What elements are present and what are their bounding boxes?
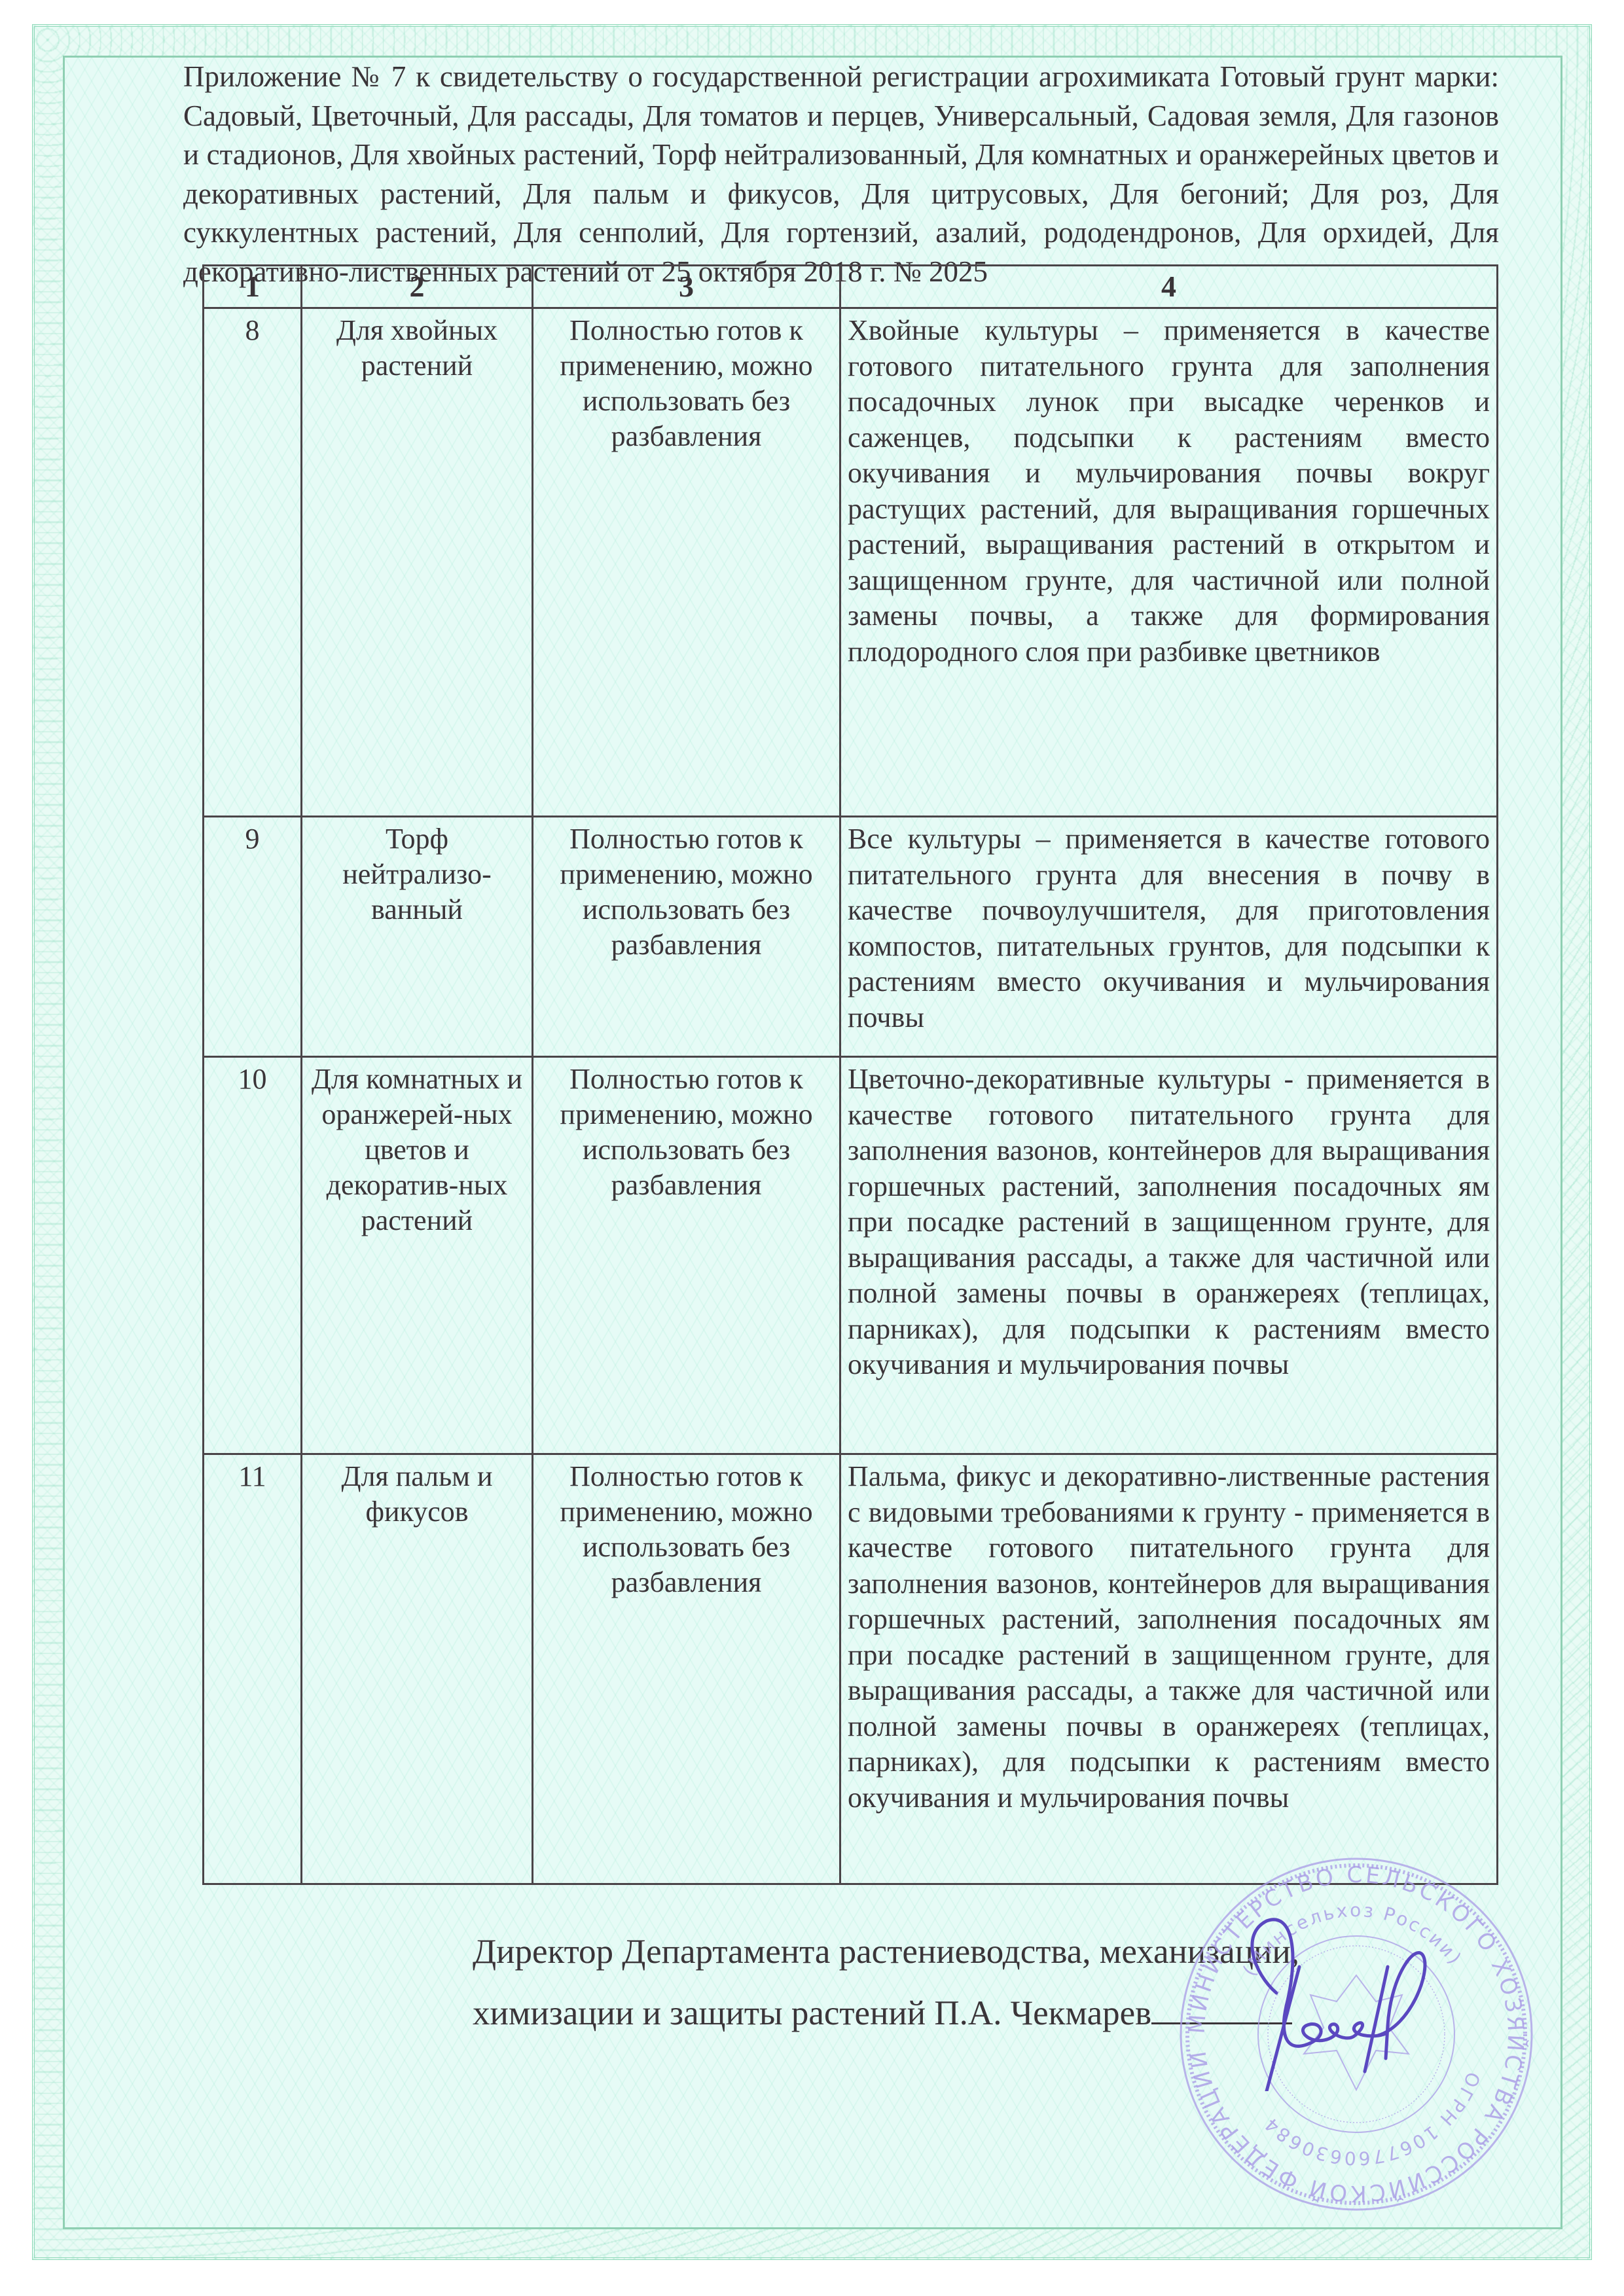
usage-description: Хвойные культуры – применяется в качеств… bbox=[840, 308, 1498, 817]
product-name: Торф нейтрализо-ванный bbox=[302, 817, 533, 1057]
column-header: 4 bbox=[840, 266, 1498, 308]
column-header: 2 bbox=[302, 266, 533, 308]
usage-description: Пальма, фикус и декоративно-лиственные р… bbox=[840, 1454, 1498, 1884]
table-row: 11 Для пальм и фикусов Полностью готов к… bbox=[204, 1454, 1498, 1884]
row-number: 9 bbox=[204, 817, 302, 1057]
signatory-name: химизации и защиты растений П.А. Чекмаре… bbox=[473, 1994, 1151, 2032]
usage-description: Цветочно-декоративные культуры - применя… bbox=[840, 1057, 1498, 1454]
row-number: 10 bbox=[204, 1057, 302, 1454]
registration-table: 1 2 3 4 8 Для хвойных растений Полностью… bbox=[202, 264, 1498, 1885]
signature-line bbox=[1151, 1994, 1292, 2024]
readiness-note: Полностью готов к применению, можно испо… bbox=[533, 308, 840, 817]
product-name: Для комнатных и оранжерей-ных цветов и д… bbox=[302, 1057, 533, 1454]
column-header: 1 bbox=[204, 266, 302, 308]
signatory-title: Директор Департамента растениеводства, м… bbox=[473, 1921, 1454, 1982]
signatory-name-line: химизации и защиты растений П.А. Чекмаре… bbox=[473, 1982, 1454, 2044]
readiness-note: Полностью готов к применению, можно испо… bbox=[533, 1057, 840, 1454]
readiness-note: Полностью готов к применению, можно испо… bbox=[533, 1454, 840, 1884]
column-header: 3 bbox=[533, 266, 840, 308]
row-number: 11 bbox=[204, 1454, 302, 1884]
table-row: 9 Торф нейтрализо-ванный Полностью готов… bbox=[204, 817, 1498, 1057]
readiness-note: Полностью готов к применению, можно испо… bbox=[533, 817, 840, 1057]
product-name: Для хвойных растений bbox=[302, 308, 533, 817]
row-number: 8 bbox=[204, 308, 302, 817]
signatory-block: Директор Департамента растениеводства, м… bbox=[473, 1921, 1454, 2044]
product-name: Для пальм и фикусов bbox=[302, 1454, 533, 1884]
table-row: 8 Для хвойных растений Полностью готов к… bbox=[204, 308, 1498, 817]
usage-description: Все культуры – применяется в качестве го… bbox=[840, 817, 1498, 1057]
appendix-header: Приложение № 7 к свидетельству о государ… bbox=[183, 58, 1499, 291]
table-header-row: 1 2 3 4 bbox=[204, 266, 1498, 308]
table-row: 10 Для комнатных и оранжерей-ных цветов … bbox=[204, 1057, 1498, 1454]
